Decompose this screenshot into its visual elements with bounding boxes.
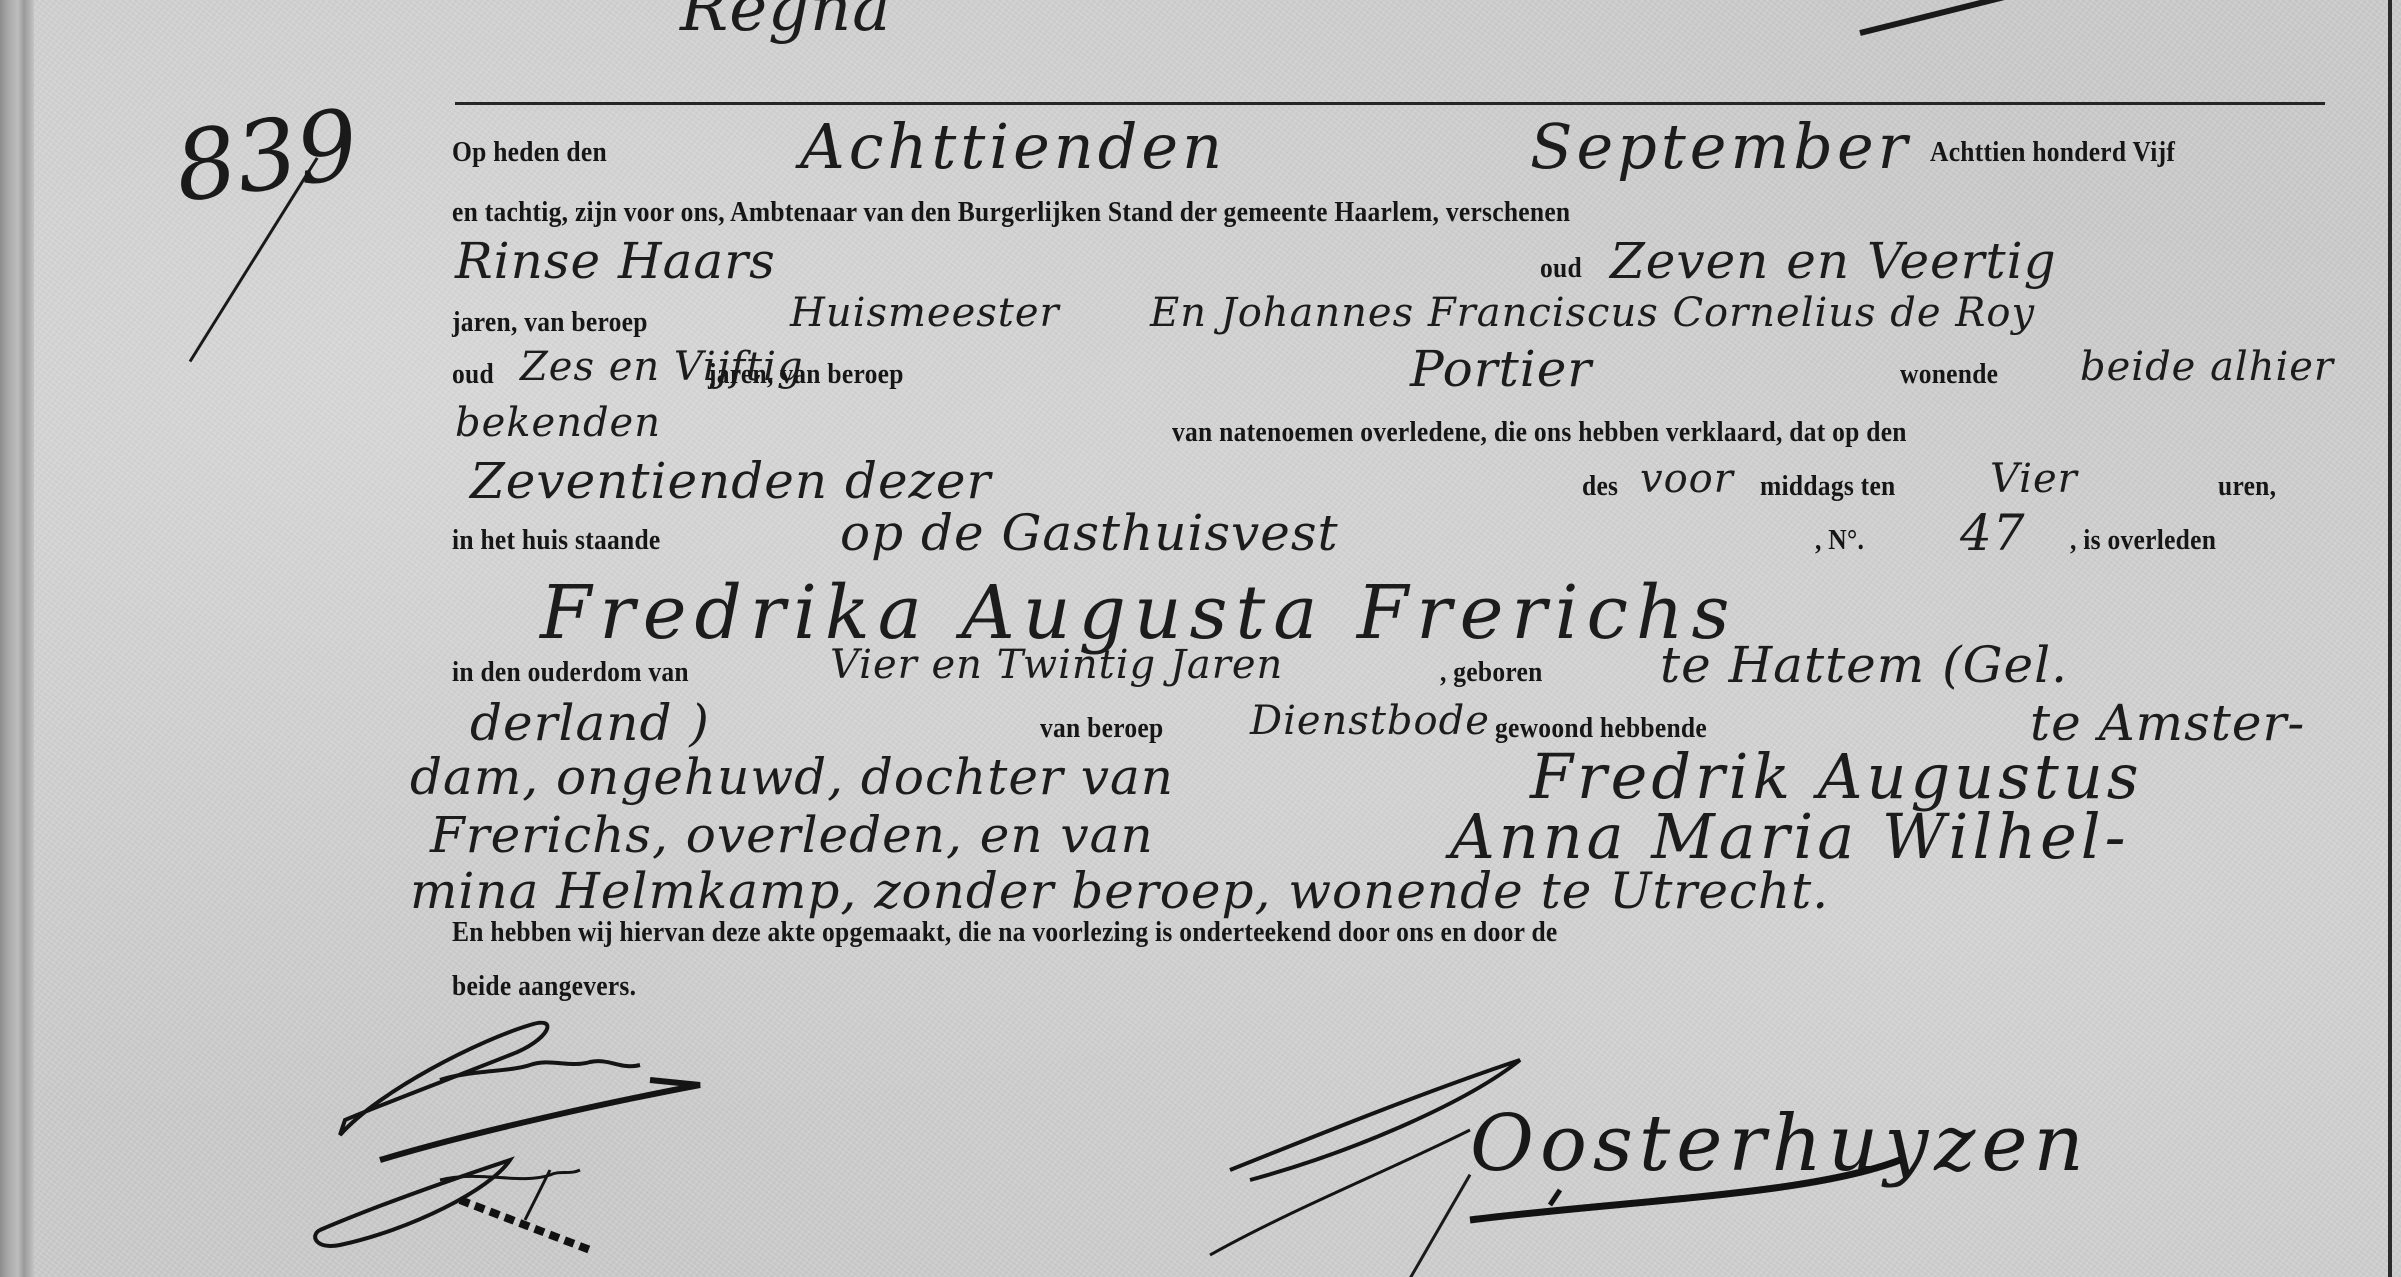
book-binding-edge: [0, 0, 34, 1277]
handwritten-death-day: Zeventienden dezer: [470, 452, 991, 510]
printed-uren: uren,: [2218, 470, 2276, 503]
page-margin-rule: [2388, 0, 2392, 1277]
handwritten-occupation: Dienstbode: [1250, 698, 1490, 744]
handwritten-beide: beide alhier: [2080, 344, 2334, 390]
declarant-1-age: Zeven en Veertig: [1610, 232, 2057, 290]
printed-des: des: [1582, 470, 1618, 503]
printed-beide-aangevers: beide aangevers.: [452, 970, 636, 1003]
signature-declarant-1: Rinse Haars: [320, 1010, 780, 1134]
printed-oud-2: oud: [452, 358, 494, 391]
handwritten-age: Vier en Twintig Jaren: [830, 642, 1283, 688]
printed-no: , N°.: [1815, 524, 1864, 557]
scanned-record-page: Regna 839 Op heden den Achttienden Septe…: [0, 0, 2401, 1277]
handwritten-month: September: [1530, 110, 1911, 183]
handwritten-voor: voor: [1640, 456, 1734, 502]
declarant-2-name: En Johannes Franciscus Cornelius de Roy: [1150, 290, 2035, 336]
signature-declarant-2: J. de Roy: [310, 1120, 770, 1274]
printed-jaren-van-beroep-1: jaren, van beroep: [452, 306, 648, 339]
handwritten-relation: bekenden: [455, 400, 661, 446]
printed-jaren-van-beroep-2: jaren, van beroep: [708, 358, 904, 391]
handwritten-house-number: 47: [1960, 504, 2026, 562]
handwritten-day: Achttienden: [800, 110, 1226, 183]
handwritten-birthplace-2: derland ): [470, 694, 710, 752]
printed-middags-ten: middags ten: [1760, 470, 1895, 503]
printed-oud-1: oud: [1540, 252, 1582, 285]
handwritten-father-2: Frerichs, overleden, en van: [430, 806, 1154, 864]
handwritten-birthplace-1: te Hattem (Gel.: [1660, 636, 2068, 694]
record-number: 839: [168, 88, 365, 224]
declarant-1-name: Rinse Haars: [455, 232, 776, 290]
signature-official: Oosterhuyzen: [1210, 1020, 2310, 1277]
record-separator-line: [455, 102, 2325, 105]
printed-year: Achttien honderd Vijf: [1930, 136, 2175, 169]
declarant-1-occupation: Huismeester: [790, 290, 1060, 336]
printed-in-het-huis-staande: in het huis staande: [452, 524, 661, 557]
printed-is-overleden: , is overleden: [2070, 524, 2216, 557]
printed-closing-line: En hebben wij hiervan deze akte opgemaak…: [452, 916, 1558, 949]
handwritten-mother-2: mina Helmkamp, zonder beroep, wonende te…: [410, 862, 1829, 920]
printed-geboren: , geboren: [1440, 656, 1543, 689]
printed-op-heden-den: Op heden den: [452, 136, 607, 169]
printed-van-beroep-3: van beroep: [1040, 712, 1163, 745]
handwritten-street: op de Gasthuisvest: [840, 504, 1339, 562]
declarant-2-occupation: Portier: [1410, 340, 1592, 398]
previous-record-fragment: Regna: [680, 0, 891, 46]
previous-record-flourish: [1859, 0, 2074, 36]
signature-official-text: Oosterhuyzen: [1470, 1099, 2090, 1189]
printed-overledene-line: van natenoemen overledene, die ons hebbe…: [1172, 416, 1907, 449]
printed-in-den-ouderdom-van: in den ouderdom van: [452, 656, 689, 689]
printed-intro-line: en tachtig, zijn voor ons, Ambtenaar van…: [452, 196, 1570, 229]
printed-wonende: wonende: [1900, 358, 1998, 391]
handwritten-residence-2: dam, ongehuwd, dochter van: [410, 748, 1174, 806]
handwritten-hour: Vier: [1990, 456, 2078, 502]
